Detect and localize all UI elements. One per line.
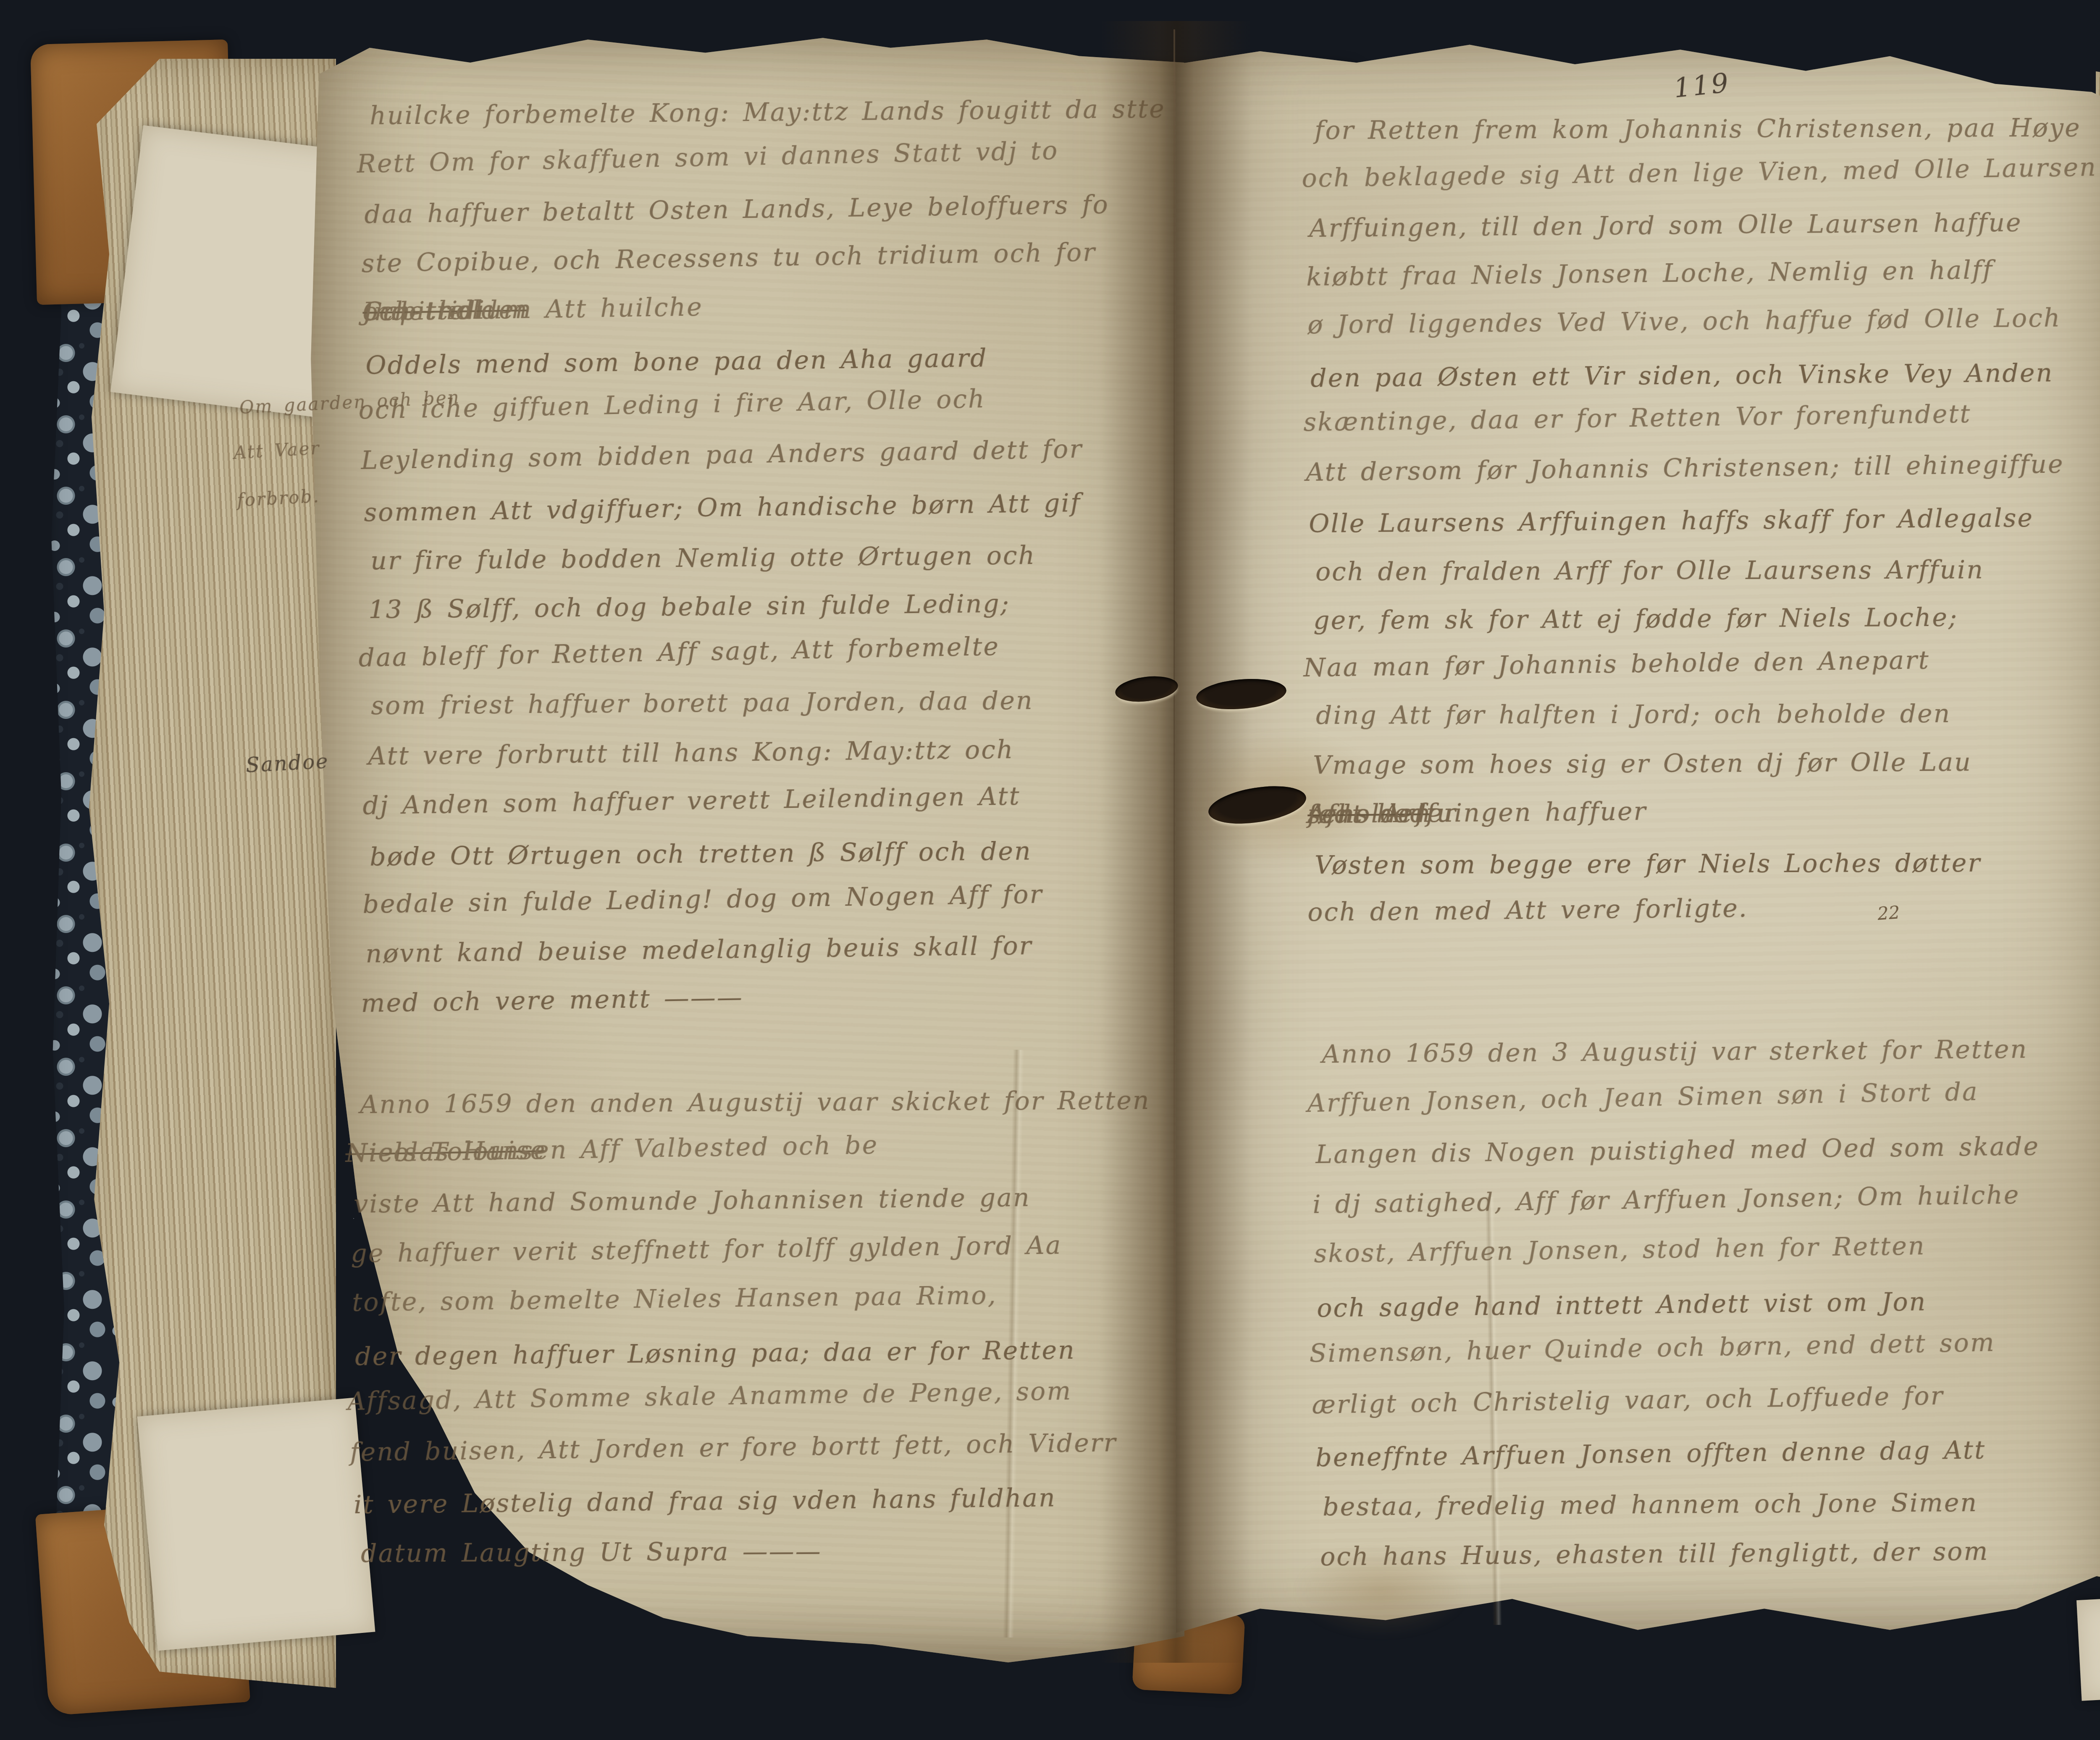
margin-note-sandoe: Sandoe xyxy=(245,749,330,777)
gutter-fold-line xyxy=(1173,29,1175,1642)
left-page xyxy=(294,23,1184,1669)
flyleaf-bottom-right xyxy=(2076,1591,2100,1701)
page-number: 119 xyxy=(1672,68,1732,105)
bottom-stain xyxy=(1294,1545,1470,1638)
flyleaf-bottom-left xyxy=(137,1397,375,1651)
manuscript-photo: huilcke forbemelte Kong: May:ttz Lands f… xyxy=(0,0,2100,1740)
corner-mark-22: 22 xyxy=(1877,902,1900,924)
